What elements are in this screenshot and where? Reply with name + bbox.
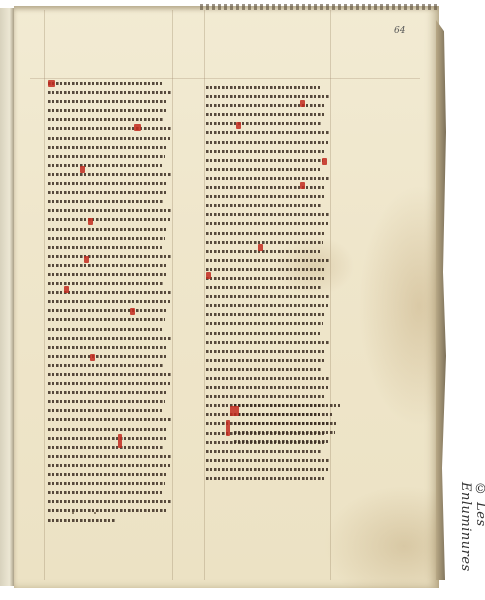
script-line [206, 232, 330, 239]
script-line [206, 104, 330, 111]
ruling-line [204, 10, 205, 580]
ruling-line [172, 10, 173, 580]
script-line [206, 268, 330, 275]
red-initial [118, 434, 122, 448]
script-line [48, 409, 172, 416]
script-line [48, 100, 172, 107]
script-line [48, 355, 172, 362]
script-line [48, 255, 172, 262]
explicit-line [218, 431, 338, 438]
script-line [206, 350, 330, 357]
script-line [48, 364, 172, 371]
script-line [206, 386, 330, 393]
script-line [48, 137, 172, 144]
script-line [48, 455, 172, 462]
script-line [48, 437, 172, 444]
script-line [206, 259, 330, 266]
script-line [206, 150, 330, 157]
page-edge-damage [436, 20, 446, 580]
script-line [48, 246, 172, 253]
red-initial [236, 122, 241, 129]
script-line [206, 322, 330, 329]
script-line [48, 228, 172, 235]
script-line [48, 91, 172, 98]
script-line [48, 264, 172, 271]
top-edge-text-remnant [200, 4, 440, 10]
script-line [48, 209, 172, 216]
left-text-column [48, 80, 172, 526]
script-line [48, 300, 172, 307]
script-line [48, 173, 172, 180]
red-initial [258, 244, 263, 251]
script-line [48, 473, 172, 480]
red-initial [88, 218, 93, 225]
script-line [48, 328, 172, 335]
script-line [48, 373, 172, 380]
script-line [206, 86, 330, 93]
script-line [206, 286, 330, 293]
script-line [48, 191, 172, 198]
script-line [48, 464, 172, 471]
red-initial [300, 182, 305, 189]
script-line [48, 346, 172, 353]
script-line [206, 450, 330, 457]
copyright-watermark: © Les Enluminures [458, 482, 485, 600]
script-line [48, 218, 172, 225]
explicit-line [218, 440, 338, 447]
script-line [48, 182, 172, 189]
script-line [48, 146, 172, 153]
red-initial [322, 158, 327, 165]
ruling-line [330, 10, 331, 580]
script-line [48, 155, 172, 162]
script-line [48, 491, 172, 498]
script-line [206, 332, 330, 339]
script-line [206, 222, 330, 229]
script-line [206, 313, 330, 320]
script-line [48, 318, 172, 325]
red-initial [226, 420, 230, 436]
script-line [48, 82, 172, 89]
red-initial [48, 80, 55, 87]
red-initial [300, 100, 305, 107]
script-line [48, 118, 172, 125]
script-line [206, 295, 330, 302]
script-line [206, 159, 330, 166]
script-line [206, 186, 330, 193]
red-initial [84, 256, 89, 263]
script-line [48, 418, 172, 425]
script-line [48, 200, 172, 207]
script-line [206, 213, 330, 220]
script-line [206, 113, 330, 120]
script-line [48, 382, 172, 389]
explicit-line [218, 422, 338, 429]
script-line [48, 164, 172, 171]
ruling-line [44, 10, 45, 580]
ruling-line [30, 78, 420, 79]
red-initial [64, 286, 69, 293]
script-line [48, 237, 172, 244]
script-line [206, 177, 330, 184]
red-initial [206, 272, 211, 279]
script-line [48, 391, 172, 398]
script-line [206, 341, 330, 348]
script-line [206, 368, 330, 375]
red-initial [130, 308, 135, 315]
script-line [48, 400, 172, 407]
script-line [48, 309, 172, 316]
red-initial [80, 166, 85, 173]
script-line [48, 127, 172, 134]
script-line [206, 359, 330, 366]
script-line [206, 141, 330, 148]
script-line [206, 168, 330, 175]
folio-number: 64 [394, 26, 405, 36]
red-initial [134, 124, 141, 131]
script-line [206, 122, 330, 129]
script-line [206, 459, 330, 466]
script-line [48, 109, 172, 116]
script-line [206, 95, 330, 102]
script-line [48, 519, 172, 526]
script-line [206, 468, 330, 475]
script-line [206, 377, 330, 384]
script-line [206, 241, 330, 248]
red-initial [230, 406, 239, 416]
script-line [48, 482, 172, 489]
script-line [206, 477, 330, 484]
script-line [48, 337, 172, 344]
script-line [48, 500, 172, 507]
script-line [206, 250, 330, 257]
script-line [206, 304, 330, 311]
script-line [48, 446, 172, 453]
script-line [206, 131, 330, 138]
script-line [206, 277, 330, 284]
script-line [48, 273, 172, 280]
script-line [206, 195, 330, 202]
script-line [48, 509, 172, 516]
script-line [48, 428, 172, 435]
script-line [206, 204, 330, 211]
red-initial [90, 354, 95, 361]
